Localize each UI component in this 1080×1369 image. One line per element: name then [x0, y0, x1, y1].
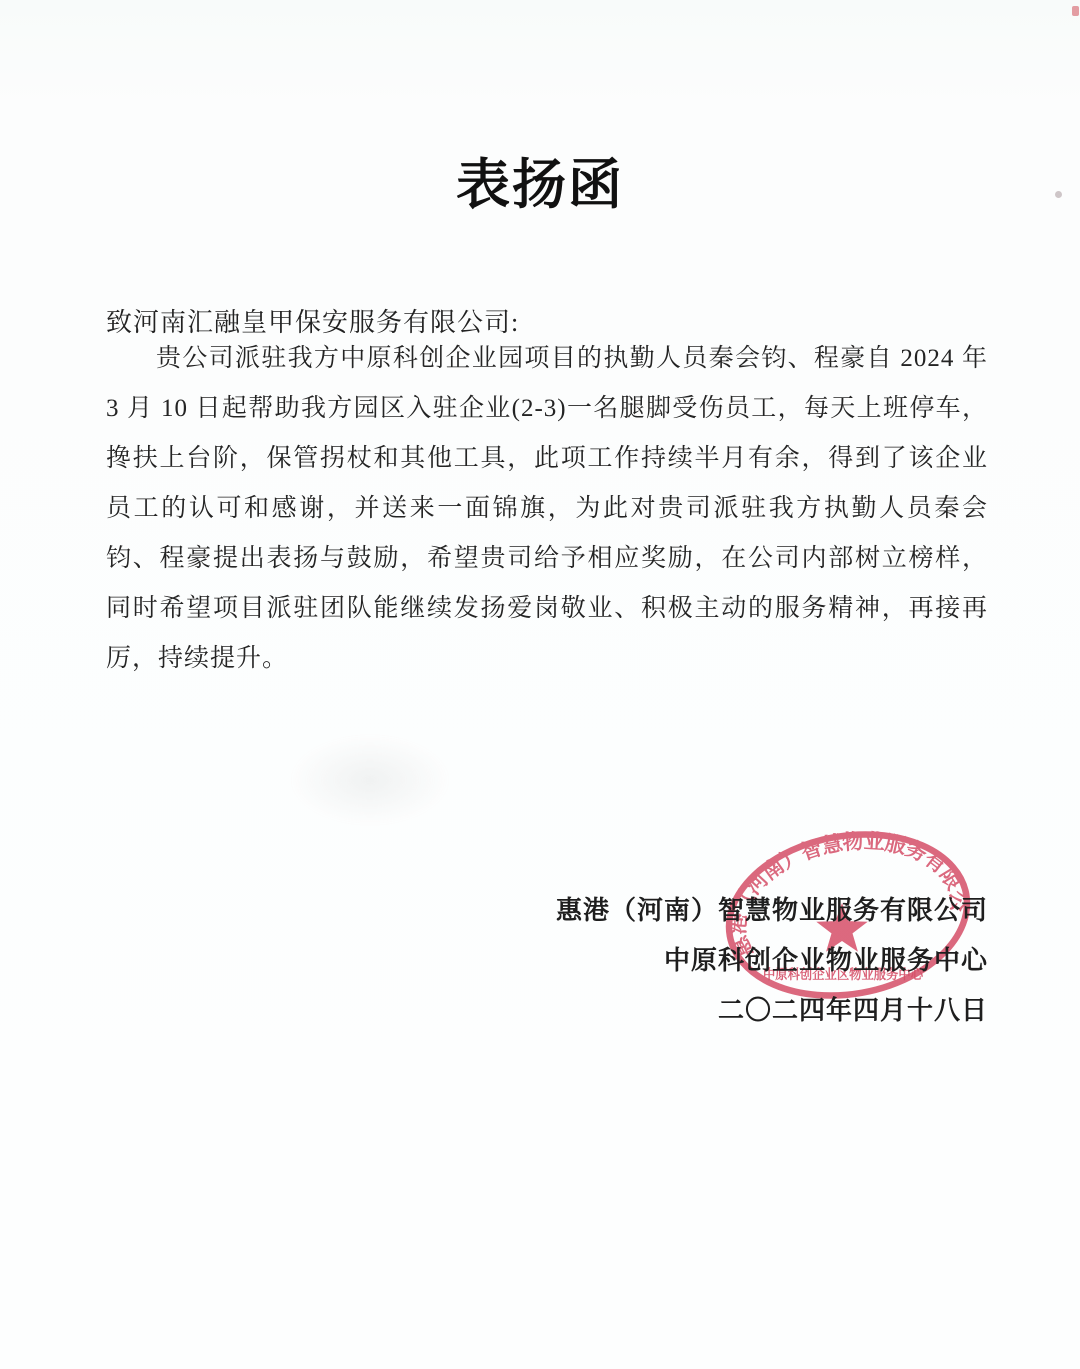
body-paragraph: 贵公司派驻我方中原科创企业园项目的执勤人员秦会钧、程豪自 2024 年 3 月 … [106, 334, 988, 684]
signature-department: 中原科创企业物业服务中心 [556, 936, 988, 986]
paper-smudge [290, 735, 450, 825]
signature-company: 惠港（河南）智慧物业服务有限公司 [556, 886, 988, 936]
letter-title: 表扬函 [0, 142, 1080, 219]
signature-block: 惠港（河南）智慧物业服务有限公司 中原科创企业物业服务中心 二〇二四年四月十八日 [556, 886, 988, 1036]
letter-page: 表扬函 致河南汇融皇甲保安服务有限公司: 贵公司派驻我方中原科创企业园项目的执勤… [0, 0, 1080, 1369]
paper-speck-corner [1072, 6, 1079, 16]
paper-speck [1055, 191, 1062, 198]
signature-date: 二〇二四年四月十八日 [556, 986, 988, 1036]
